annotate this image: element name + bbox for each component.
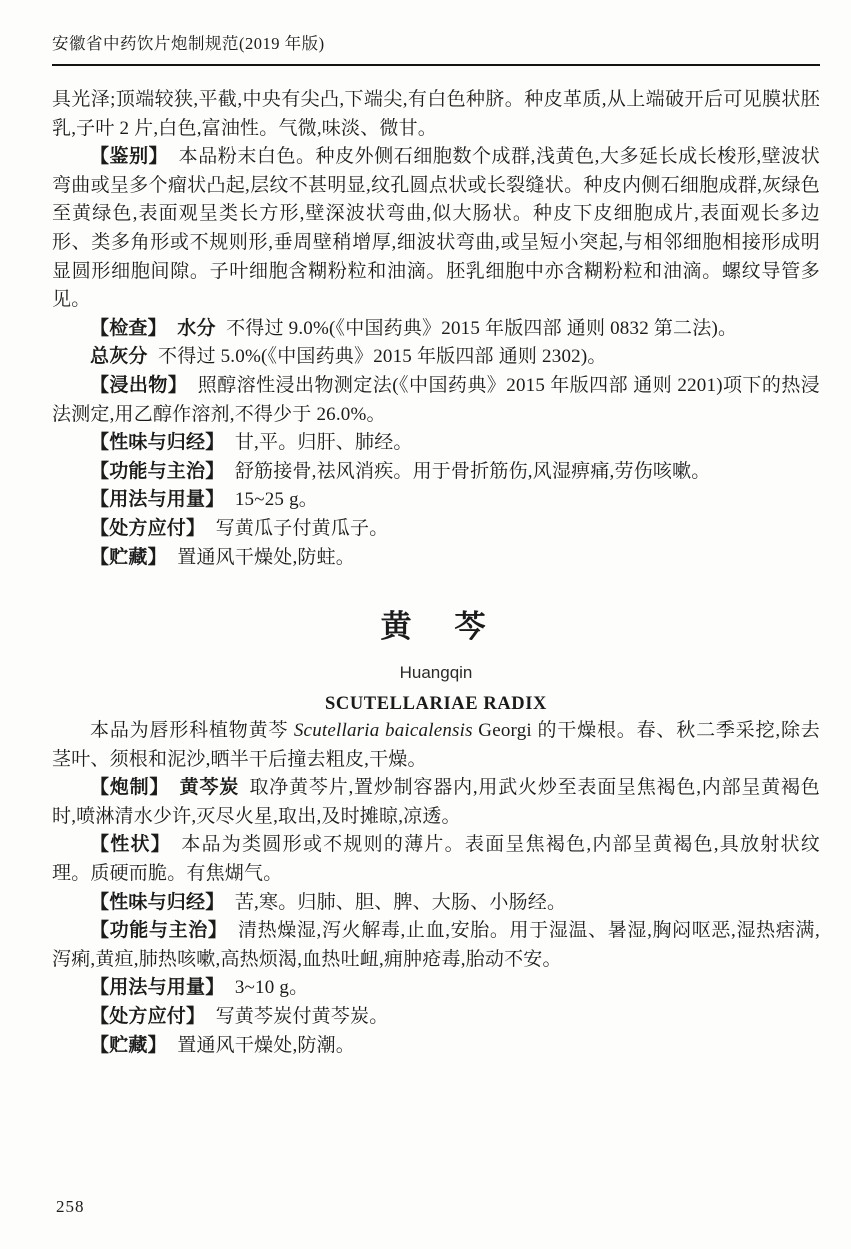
prescription-text: 写黄芩炭付黄芩炭。 — [216, 1006, 389, 1027]
page-number: 258 — [56, 1197, 85, 1217]
section-label-identification: 【鉴别】 — [90, 146, 168, 167]
prev-check-text: 不得过 9.0%(《中国药典》2015 年版四部 通则 0832 第二法)。 — [226, 318, 737, 339]
dosage-paragraph: 【用法与用量】3~10 g。 — [52, 974, 820, 1003]
continuation-text: 具光泽;顶端较狭,平截,中央有尖凸,下端尖,有白色种脐。种皮革质,从上端破开后可… — [52, 89, 820, 139]
source-text-pre: 本品为唇形科植物黄芩 — [90, 720, 294, 741]
prev-dosage-text: 15~25 g。 — [235, 489, 318, 510]
check-term-total-ash: 总灰分 — [90, 346, 148, 367]
nature-text: 苦,寒。归肺、胆、脾、大肠、小肠经。 — [235, 892, 566, 913]
prev-dosage-paragraph: 【用法与用量】15~25 g。 — [52, 486, 820, 515]
prev-nature-paragraph: 【性味与归经】甘,平。归肝、肺经。 — [52, 429, 820, 458]
running-header: 安徽省中药饮片炮制规范(2019 年版) — [52, 30, 820, 66]
prev-storage-text: 置通风干燥处,防蛀。 — [177, 547, 355, 568]
prev-nature-text: 甘,平。归肝、肺经。 — [235, 432, 413, 453]
section-label-character: 【性状】 — [90, 834, 171, 855]
prev-identification-text: 本品粉末白色。种皮外侧石细胞数个成群,浅黄色,大多延长成长梭形,壁波状弯曲或呈多… — [52, 146, 820, 310]
section-label-prescription: 【处方应付】 — [90, 518, 205, 539]
prev-identification-paragraph: 【鉴别】本品粉末白色。种皮外侧石细胞数个成群,浅黄色,大多延长成长梭形,壁波状弯… — [52, 143, 820, 315]
section-label-function: 【功能与主治】 — [90, 461, 224, 482]
prev-storage-paragraph: 【贮藏】置通风干燥处,防蛀。 — [52, 544, 820, 573]
section-label-dosage2: 【用法与用量】 — [90, 977, 224, 998]
section-label-storage: 【贮藏】 — [90, 547, 167, 568]
section-label-extract: 【浸出物】 — [90, 375, 187, 396]
prev-prescription-paragraph: 【处方应付】写黄瓜子付黄瓜子。 — [52, 515, 820, 544]
prescription-paragraph: 【处方应付】写黄芩炭付黄芩炭。 — [52, 1003, 820, 1032]
prev-total-ash-text: 不得过 5.0%(《中国药典》2015 年版四部 通则 2302)。 — [158, 346, 607, 367]
monograph-title-chinese: 黄 芩 — [52, 607, 820, 647]
character-paragraph: 【性状】本品为类圆形或不规则的薄片。表面呈焦褐色,内部呈黄褐色,具放射状纹理。质… — [52, 831, 820, 888]
prev-prescription-text: 写黄瓜子付黄瓜子。 — [216, 518, 389, 539]
continuation-paragraph: 具光泽;顶端较狭,平截,中央有尖凸,下端尖,有白色种脐。种皮革质,从上端破开后可… — [52, 86, 820, 143]
section-label-dosage: 【用法与用量】 — [90, 489, 224, 510]
section-label-prescription2: 【处方应付】 — [90, 1006, 205, 1027]
section-label-storage2: 【贮藏】 — [90, 1035, 167, 1056]
dosage-text: 3~10 g。 — [235, 977, 308, 998]
processing-term: 黄芩炭 — [180, 777, 239, 798]
prev-check-paragraph: 【检查】水分不得过 9.0%(《中国药典》2015 年版四部 通则 0832 第… — [52, 315, 820, 344]
prev-extract-paragraph: 【浸出物】照醇溶性浸出物测定法(《中国药典》2015 年版四部 通则 2201)… — [52, 372, 820, 429]
section-label-nature: 【性味与归经】 — [90, 432, 224, 453]
check-term-water: 水分 — [177, 318, 215, 339]
section-label-function2: 【功能与主治】 — [90, 920, 228, 941]
page-content: 具光泽;顶端较狭,平截,中央有尖凸,下端尖,有白色种脐。种皮革质,从上端破开后可… — [52, 86, 820, 1060]
section-label-check: 【检查】 — [90, 318, 167, 339]
source-paragraph: 本品为唇形科植物黄芩 Scutellaria baicalensis Georg… — [52, 717, 820, 774]
monograph-title-pinyin: Huangqin — [52, 662, 820, 684]
monograph-title-block: 黄 芩 Huangqin SCUTELLARIAE RADIX — [52, 607, 820, 717]
processing-paragraph: 【炮制】黄芩炭取净黄芩片,置炒制容器内,用武火炒至表面呈焦褐色,内部呈黄褐色时,… — [52, 774, 820, 831]
storage-paragraph: 【贮藏】置通风干燥处,防潮。 — [52, 1032, 820, 1061]
prev-function-text: 舒筋接骨,祛风消疾。用于骨折筋伤,风湿痹痛,劳伤咳嗽。 — [235, 461, 711, 482]
source-binomial: Scutellaria baicalensis — [294, 720, 473, 741]
section-label-processing: 【炮制】 — [90, 777, 169, 798]
nature-paragraph: 【性味与归经】苦,寒。归肺、胆、脾、大肠、小肠经。 — [52, 889, 820, 918]
prev-function-paragraph: 【功能与主治】舒筋接骨,祛风消疾。用于骨折筋伤,风湿痹痛,劳伤咳嗽。 — [52, 458, 820, 487]
function-paragraph: 【功能与主治】清热燥湿,泻火解毒,止血,安胎。用于湿温、暑湿,胸闷呕恶,湿热痞满… — [52, 917, 820, 974]
prev-total-ash-paragraph: 总灰分不得过 5.0%(《中国药典》2015 年版四部 通则 2302)。 — [52, 343, 820, 372]
monograph-title-latin: SCUTELLARIAE RADIX — [52, 691, 820, 717]
running-header-title: 安徽省中药饮片炮制规范(2019 年版) — [52, 34, 325, 53]
document-page: 安徽省中药饮片炮制规范(2019 年版) 具光泽;顶端较狭,平截,中央有尖凸,下… — [0, 0, 851, 1249]
section-label-nature2: 【性味与归经】 — [90, 892, 224, 913]
storage-text: 置通风干燥处,防潮。 — [177, 1035, 355, 1056]
